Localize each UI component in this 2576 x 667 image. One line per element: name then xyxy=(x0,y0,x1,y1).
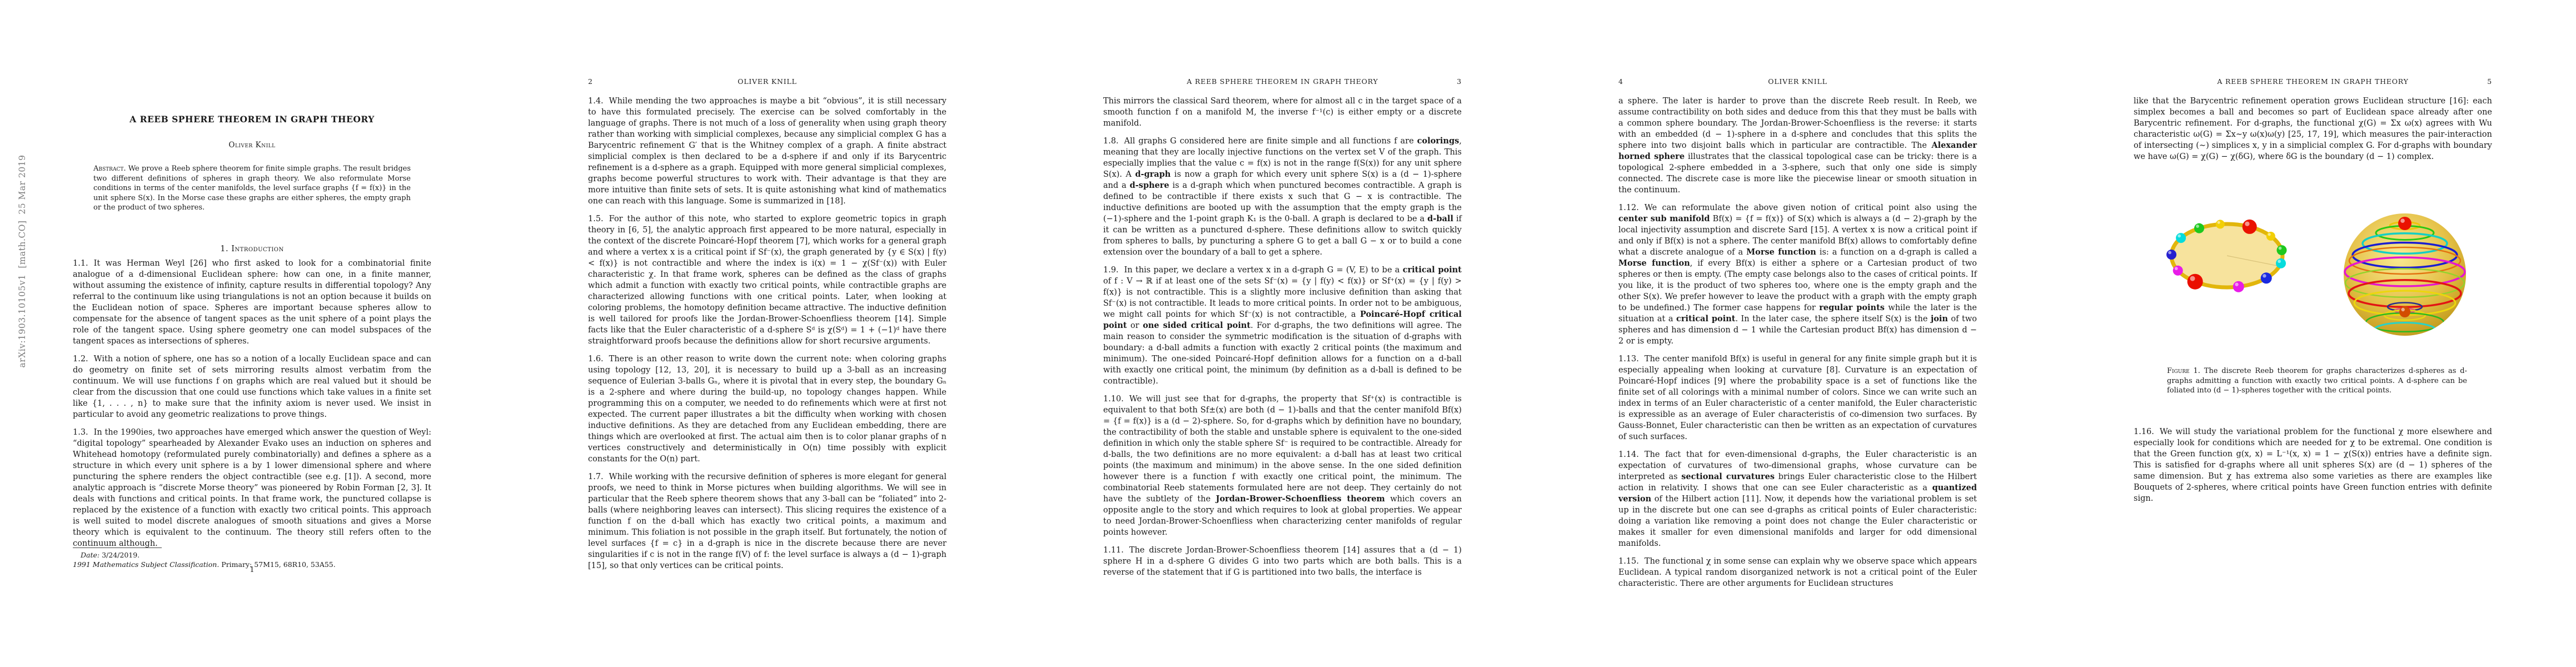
paragraph: 1.10.We will just see that for d-graphs,… xyxy=(1103,394,1462,538)
paragraph: a sphere. The later is harder to prove t… xyxy=(1618,96,1977,196)
paragraph: 1.3.In the 1990ies, two approaches have … xyxy=(73,427,431,549)
page-2-body: 1.4.While mending the two approaches is … xyxy=(588,96,946,578)
page-number: 1 xyxy=(73,566,431,574)
figure-1 xyxy=(2134,196,2492,337)
page-number: 3 xyxy=(1439,77,1462,86)
running-head-title: A REEB SPHERE THEOREM IN GRAPH THEORY xyxy=(1125,77,1439,86)
running-head-title: OLIVER KNILL xyxy=(1641,77,1955,86)
paragraph: 1.9.In this paper, we declare a vertex x… xyxy=(1103,265,1462,387)
page-1: arXiv:1903.10105v1 [math.CO] 25 Mar 2019… xyxy=(0,0,515,667)
page-number: 4 xyxy=(1618,77,1641,86)
paragraph: 1.13.The center manifold Bf(x) is useful… xyxy=(1618,354,1977,442)
figure-caption: Figure 1. The discrete Reeb theorem for … xyxy=(2167,366,2467,396)
running-head-title: OLIVER KNILL xyxy=(610,77,924,86)
page-3: A REEB SPHERE THEOREM IN GRAPH THEORY 3 … xyxy=(1030,0,1546,667)
circle-graph-figure xyxy=(2160,216,2294,299)
figure-caption-label: Figure 1. xyxy=(2167,367,2200,375)
abstract-label: Abstract. xyxy=(93,165,126,173)
abstract: Abstract. We prove a Reeb sphere theorem… xyxy=(73,164,431,213)
footnote-rule xyxy=(73,547,162,548)
section-heading: 1. Introduction xyxy=(73,245,431,253)
page-2: 2 OLIVER KNILL 1.4.While mending the two… xyxy=(515,0,1030,667)
page-4: 4 OLIVER KNILL a sphere. The later is ha… xyxy=(1546,0,2061,667)
page-5: A REEB SPHERE THEOREM IN GRAPH THEORY 5 … xyxy=(2061,0,2576,667)
paragraph: 1.8.All graphs G considered here are fin… xyxy=(1103,136,1462,258)
paragraph: 1.1.It was Herman Weyl [26] who first as… xyxy=(73,258,431,347)
running-head: 2 OLIVER KNILL xyxy=(588,77,946,86)
page-3-body: This mirrors the classical Sard theorem,… xyxy=(1103,96,1462,585)
paragraph: This mirrors the classical Sard theorem,… xyxy=(1103,96,1462,129)
paragraph: 1.7.While working with the recursive def… xyxy=(588,471,946,571)
paragraph: 1.11.The discrete Jordan-Brower-Schoenfl… xyxy=(1103,545,1462,578)
paragraph: 1.12.We can reformulate the above given … xyxy=(1618,202,1977,347)
running-head: A REEB SPHERE THEOREM IN GRAPH THEORY 5 xyxy=(2134,77,2492,86)
page-5-bottom-paragraphs: 1.16.We will study the variational probl… xyxy=(2134,426,2492,504)
running-head: A REEB SPHERE THEOREM IN GRAPH THEORY 3 xyxy=(1103,77,1462,86)
document-sheet: arXiv:1903.10105v1 [math.CO] 25 Mar 2019… xyxy=(0,0,2576,667)
arxiv-watermark: arXiv:1903.10105v1 [math.CO] 25 Mar 2019 xyxy=(17,155,27,368)
sphere-figure xyxy=(2338,207,2472,346)
figure-caption-text: The discrete Reeb theorem for graphs cha… xyxy=(2167,367,2467,395)
paragraph: like that the Barycentric refinement ope… xyxy=(2134,96,2492,162)
paragraph: 1.2.With a notion of sphere, one has so … xyxy=(73,354,431,420)
running-head: 4 OLIVER KNILL xyxy=(1618,77,1977,86)
paper-author: Oliver Knill xyxy=(73,141,431,150)
paragraph: 1.14.The fact that for even-dimensional … xyxy=(1618,449,1977,549)
paragraph: 1.15.The functional χ in some sense can … xyxy=(1618,556,1977,589)
page-5-body: like that the Barycentric refinement ope… xyxy=(2134,96,2492,511)
paragraph: 1.4.While mending the two approaches is … xyxy=(588,96,946,207)
page-number: 2 xyxy=(588,77,610,86)
page-5-top-paragraphs: like that the Barycentric refinement ope… xyxy=(2134,96,2492,162)
abstract-text: We prove a Reeb sphere theorem for finit… xyxy=(93,165,411,212)
paragraph: 1.5.For the author of this note, who sta… xyxy=(588,213,946,347)
running-head-title: A REEB SPHERE THEOREM IN GRAPH THEORY xyxy=(2156,77,2470,86)
page-number: 5 xyxy=(2470,77,2492,86)
paragraph: 1.16.We will study the variational probl… xyxy=(2134,426,2492,504)
footnote-date: Date: 3/24/2019. xyxy=(73,551,431,560)
paper-title: A REEB SPHERE THEOREM IN GRAPH THEORY xyxy=(73,114,431,125)
paragraph: 1.6.There is an other reason to write do… xyxy=(588,354,946,465)
page-1-body: 1.1.It was Herman Weyl [26] who first as… xyxy=(73,258,431,556)
page-4-body: a sphere. The later is harder to prove t… xyxy=(1618,96,1977,596)
